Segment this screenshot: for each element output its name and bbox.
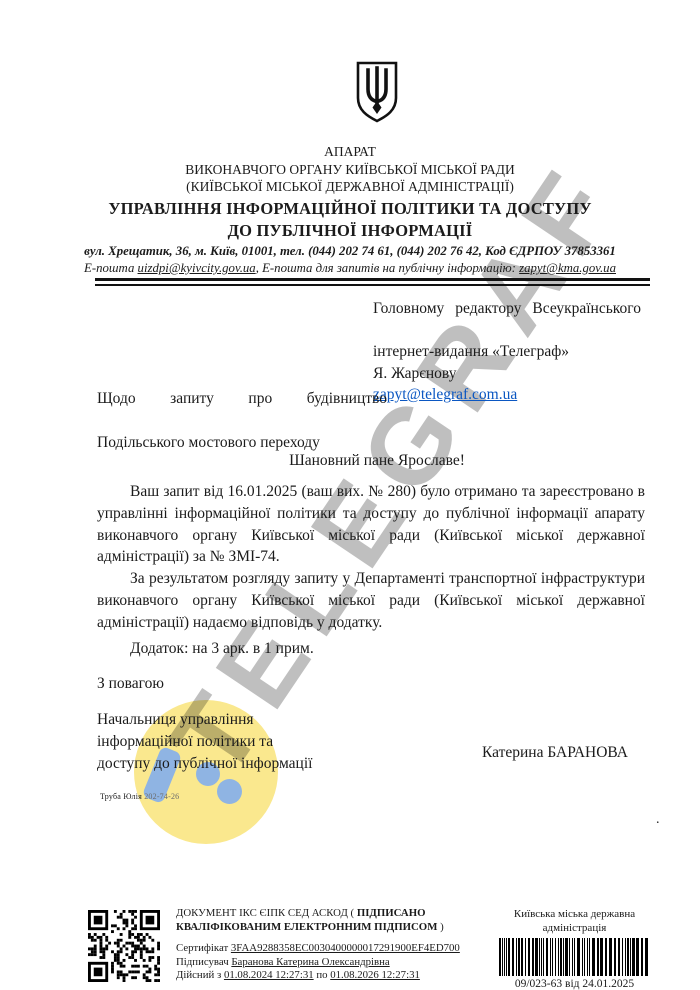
registration-stamp: Київська міська державна адміністрація 0… (482, 908, 667, 990)
header-email-2[interactable]: zapyt@kma.gov.ua (519, 261, 616, 275)
org-line-1: АПАРАТ (0, 143, 700, 161)
letter-body: Ваш запит від 16.01.2025 (ваш вих. № 280… (97, 481, 645, 634)
addressee-line: Я. Жарєнову (373, 363, 641, 385)
executor-name: Труба Юлія (100, 792, 142, 801)
header-email-1[interactable]: uizdpi@kyivcity.gov.ua (138, 261, 256, 275)
certificate-line: Сертифікат 3FAA9288358EC0030400000017291… (176, 942, 478, 956)
email-label: Е-пошта (84, 261, 138, 275)
esignature-title-suffix: ) (437, 921, 443, 933)
dept-line-2: ДО ПУБЛІЧНОЇ ІНФОРМАЦІЇ (0, 220, 700, 242)
header-emails: Е-пошта uizdpi@kyivcity.gov.ua, Е-пошта … (0, 260, 700, 277)
stray-dot: . (656, 812, 660, 828)
signature-position-line: Начальниця управління (97, 709, 645, 731)
certificate-label: Сертифікат (176, 942, 231, 954)
salutation: Шановний пане Ярославе! (97, 452, 657, 470)
header-department-title: УПРАВЛІННЯ ІНФОРМАЦІЙНОЇ ПОЛІТИКИ ТА ДОС… (0, 198, 700, 242)
header-divider (95, 278, 650, 286)
subject-block: Щодо запиту про будівництво Подільського… (97, 388, 387, 454)
qr-code (88, 910, 160, 982)
addressee-email-link[interactable]: zapyt@telegraf.com.ua (373, 386, 517, 403)
addressee-block: Головному редактору Всеукраїнського інте… (373, 298, 641, 406)
certificate-value: 3FAA9288358EC0030400000017291900EF4ED700 (231, 942, 460, 954)
header-contact: вул. Хрещатик, 36, м. Київ, 01001, тел. … (0, 243, 700, 277)
org-line-3: (КИЇВСЬКОЇ МІСЬКОЇ ДЕРЖАВНОЇ АДМІНІСТРАЦ… (0, 178, 700, 196)
header-address: вул. Хрещатик, 36, м. Київ, 01001, тел. … (0, 243, 700, 260)
letter-page: TELEGRAF АПАРАТ ВИКОНАВЧОГО ОРГАНУ КИЇВС… (0, 0, 700, 990)
esignature-title-prefix: ДОКУМЕНТ ІКС ЄІПК СЕД АСКОД ( (176, 907, 357, 919)
attachment-note: Додаток: на 3 арк. в 1 прим. (97, 640, 645, 658)
signer-value: Баранова Катерина Олександрівна (231, 956, 389, 968)
body-paragraph: За результатом розгляду запиту у Департа… (97, 568, 645, 633)
executor-phone: 202-74-26 (144, 792, 179, 801)
dept-line-1: УПРАВЛІННЯ ІНФОРМАЦІЙНОЇ ПОЛІТИКИ ТА ДОС… (0, 198, 700, 220)
validity-line: Дійсний з 01.08.2024 12:27:31 по 01.08.2… (176, 969, 478, 983)
signature-position: Начальниця управління інформаційної полі… (97, 709, 645, 775)
validity-label: Дійсний з (176, 969, 224, 981)
signer-label: Підписувач (176, 956, 231, 968)
addressee-line: Головному редактору Всеукраїнського (373, 298, 641, 341)
regards-line: З повагою (97, 675, 164, 693)
validity-to: 01.08.2026 12:27:31 (330, 969, 420, 981)
signature-name: Катерина БАРАНОВА (482, 744, 628, 762)
registration-number: 09/023-63 від 24.01.2025 (482, 978, 667, 990)
esignature-title: ДОКУМЕНТ ІКС ЄІПК СЕД АСКОД ( ПІДПИСАНО … (176, 907, 478, 934)
barcode (499, 938, 651, 976)
body-paragraph: Ваш запит від 16.01.2025 (ваш вих. № 280… (97, 481, 645, 568)
validity-mid: по (314, 969, 331, 981)
executor-info: Труба Юлія 202-74-26 (100, 792, 179, 801)
ukraine-trident-emblem-icon (354, 60, 400, 131)
telegraf-logo-dot (217, 779, 242, 804)
stamp-org-line: адміністрація (482, 922, 667, 936)
email-label: , Е-пошта для запитів на публічну інформ… (256, 261, 519, 275)
header-organisation: АПАРАТ ВИКОНАВЧОГО ОРГАНУ КИЇВСЬКОЇ МІСЬ… (0, 143, 700, 196)
stamp-org-line: Київська міська державна (482, 908, 667, 922)
subject-line: Щодо запиту про будівництво (97, 388, 387, 432)
org-line-2: ВИКОНАВЧОГО ОРГАНУ КИЇВСЬКОЇ МІСЬКОЇ РАД… (0, 161, 700, 179)
subject-line: Подільського мостового переходу (97, 432, 387, 454)
esignature-block: ДОКУМЕНТ ІКС ЄІПК СЕД АСКОД ( ПІДПИСАНО … (176, 907, 478, 983)
validity-from: 01.08.2024 12:27:31 (224, 969, 314, 981)
addressee-line: інтернет-видання «Телеграф» (373, 341, 641, 363)
signer-line: Підписувач Баранова Катерина Олександрів… (176, 956, 478, 970)
